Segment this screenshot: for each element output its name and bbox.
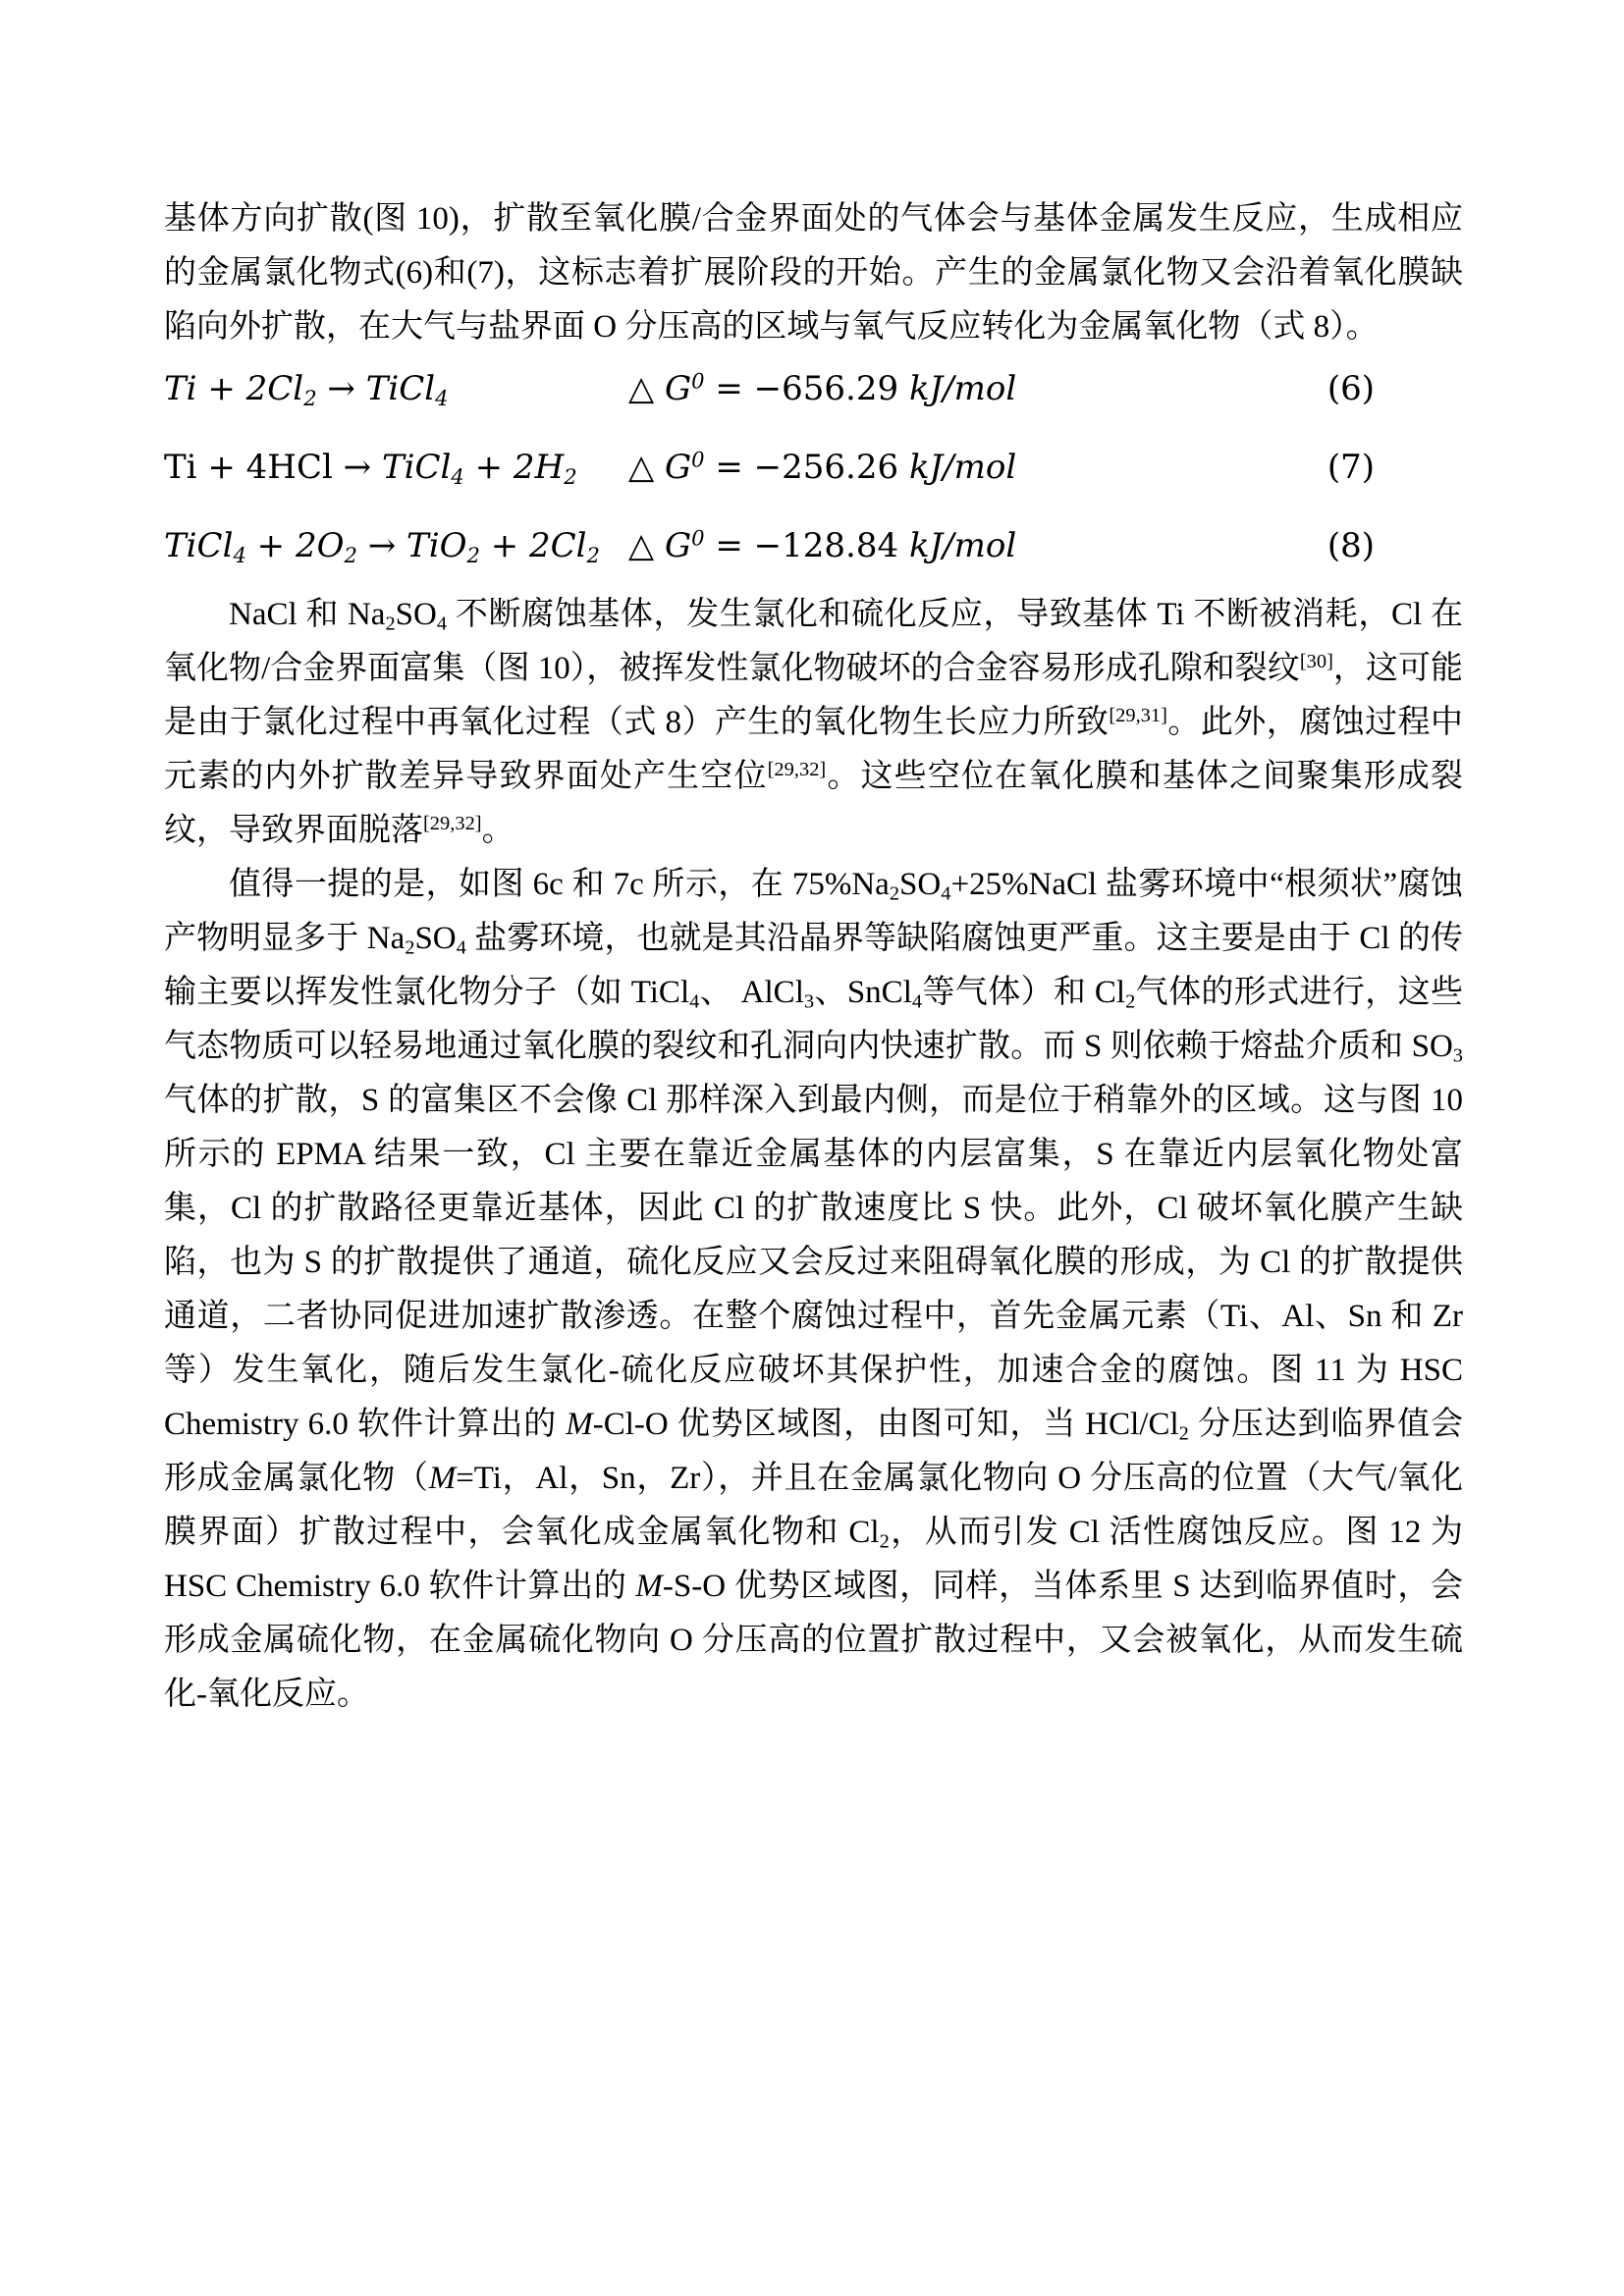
equation-row-8: TiCl4 + 2O2 → TiO2 + 2Cl2 △ G0 = −128.84… <box>164 519 1463 573</box>
equation-7-number: (7) <box>1327 441 1375 495</box>
document-page: 基体方向扩散(图 10)，扩散至氧化膜/合金界面处的气体会与基体金属发生反应，生… <box>0 0 1624 2296</box>
paragraph-discussion: 值得一提的是，如图 6c 和 7c 所示，在 75%Na2SO4+25%NaCl… <box>164 858 1463 1722</box>
equation-6-number: (6) <box>1327 362 1375 416</box>
equation-8-number: (8) <box>1327 519 1375 573</box>
equation-6-formula: Ti + 2Cl2 → TiCl4 <box>164 362 628 416</box>
equation-8-gibbs-energy: △ G0 = −128.84 kJ/mol <box>628 519 1327 573</box>
equation-row-6: Ti + 2Cl2 → TiCl4 △ G0 = −656.29 kJ/mol … <box>164 362 1463 416</box>
paragraph-intro: 基体方向扩散(图 10)，扩散至氧化膜/合金界面处的气体会与基体金属发生反应，生… <box>164 192 1463 354</box>
equation-7-gibbs-energy: △ G0 = −256.26 kJ/mol <box>628 441 1327 495</box>
equation-block: Ti + 2Cl2 → TiCl4 △ G0 = −656.29 kJ/mol … <box>164 362 1463 573</box>
equation-7-formula: Ti + 4HCl → TiCl4 + 2H2 <box>164 441 628 495</box>
equation-row-7: Ti + 4HCl → TiCl4 + 2H2 △ G0 = −256.26 k… <box>164 441 1463 495</box>
equation-6-gibbs-energy: △ G0 = −656.29 kJ/mol <box>628 362 1327 416</box>
equation-8-formula: TiCl4 + 2O2 → TiO2 + 2Cl2 <box>164 519 628 573</box>
paragraph-corrosion-mechanism: NaCl 和 Na2SO4 不断腐蚀基体，发生氯化和硫化反应，导致基体 Ti 不… <box>164 588 1463 858</box>
